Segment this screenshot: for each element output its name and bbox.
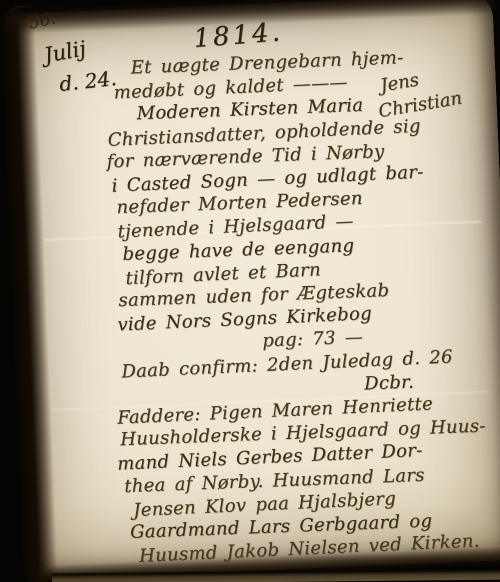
scanned-register-photo: 56. 1814. Julij d. 24. Jens Christian Et… — [0, 0, 500, 582]
register-page: 56. 1814. Julij d. 24. Jens Christian Et… — [4, 0, 500, 580]
baptism-entry-text: Et uægte Drengebarn hjem-medøbt og kalde… — [98, 43, 479, 568]
margin-date-month: Julij — [42, 36, 88, 67]
page-edge-shadow-left — [0, 5, 58, 582]
year-heading: 1814. — [192, 17, 283, 54]
